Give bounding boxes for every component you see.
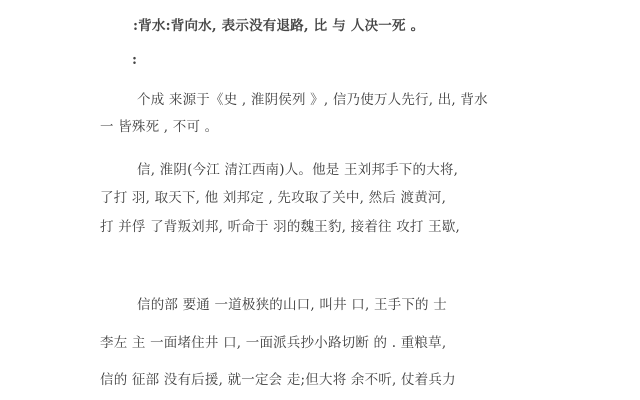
- footnote-line: :背水:背向水, 表示没有退路, 比 与 人决一死 。: [133, 18, 424, 34]
- footnote-colon: :: [132, 52, 137, 68]
- paragraph-line: 信, 淮阴(今江 清江西南)人。他是 王刘邦手下的大将,: [137, 162, 458, 178]
- paragraph-line: 一 皆殊死 , 不可 。: [100, 119, 218, 135]
- paragraph-line: 信的 征部 没有后援, 就一定会 走;但大将 余不听, 仗着兵力: [100, 372, 456, 388]
- paragraph-line: 了打 羽, 取天下, 他 刘邦定 , 先攻取了关中, 然后 渡黄河,: [100, 190, 446, 206]
- paragraph-line: 个成 来源于《史 , 淮阴侯列 》, 信乃使万人先行, 出, 背水: [137, 92, 488, 108]
- document-page: :背水:背向水, 表示没有退路, 比 与 人决一死 。 : 个成 来源于《史 ,…: [0, 0, 640, 400]
- paragraph-line: 信的部 要通 一道极狭的山口, 叫井 口, 王手下的 士: [137, 297, 447, 313]
- paragraph-line: 李左 主 一面堵住井 口, 一面派兵抄小路切断 的 . 重粮草,: [100, 335, 446, 351]
- paragraph-line: 打 并俘 了背叛刘邦, 听命于 羽的魏王豹, 接着往 攻打 王歇,: [100, 219, 460, 235]
